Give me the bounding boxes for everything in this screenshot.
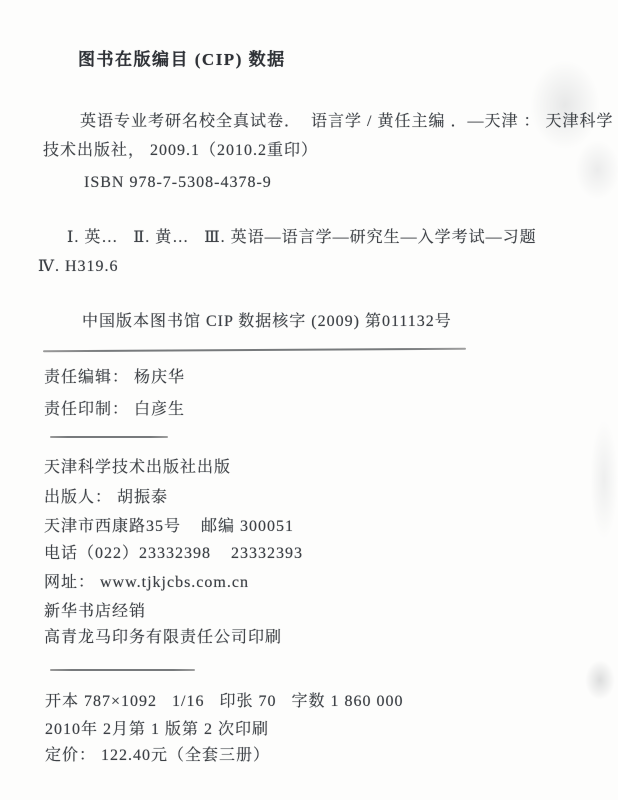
printing-company-line: 高青龙马印务有限责任公司印刷 [44,628,282,648]
divider-rule-short-1 [50,436,168,438]
divider-rule-long [43,348,466,353]
distributor-line: 新华书店经销 [44,602,146,622]
edition-line: 2010年 2月第 1 版第 2 次印刷 [45,720,269,740]
cip-classification-line-2: Ⅳ. H319.6 [38,257,119,277]
cip-record-number: 中国版本图书馆 CIP 数据核字 (2009) 第011132号 [82,312,452,332]
divider-rule-short-2 [50,669,195,671]
scan-smudge [575,140,618,200]
scan-smudge [585,660,615,700]
publisher-address-line: 天津市西康路35号 邮编 300051 [44,517,294,537]
publisher-person-line: 出版人： 胡振泰 [44,488,168,508]
format-line: 开本 787×1092 1/16 印张 70 字数 1 860 000 [45,692,403,712]
price-line: 定价： 122.40元（全套三册） [45,746,270,766]
publisher-website-line: 网址： www.tjkjcbs.com.cn [44,573,249,593]
scan-smudge [530,60,600,150]
publisher-phone-line: 电话（022）23332398 23332393 [44,544,303,564]
responsible-editor-line: 责任编辑： 杨庆华 [44,368,185,388]
cip-classification-line-1: Ⅰ. 英… Ⅱ. 黄… Ⅲ. 英语—语言学—研究生—入学考试—习题 [67,228,537,248]
publisher-imprint-line: 天津科学技术出版社出版 [44,458,231,478]
cip-heading: 图书在版编目 (CIP) 数据 [78,50,286,70]
cip-title-line-1: 英语专业考研名校全真试卷． 语言学 / 黄任主编 ．—天津 ： 天津科学 [80,112,613,132]
scan-smudge [590,420,618,540]
book-copyright-page: 图书在版编目 (CIP) 数据 英语专业考研名校全真试卷． 语言学 / 黄任主编… [0,0,618,800]
isbn-line: ISBN 978-7-5308-4378-9 [84,173,272,193]
cip-title-line-2: 技术出版社， 2009.1（2010.2重印） [43,141,318,161]
responsible-printer-line: 责任印制： 白彦生 [44,400,185,420]
